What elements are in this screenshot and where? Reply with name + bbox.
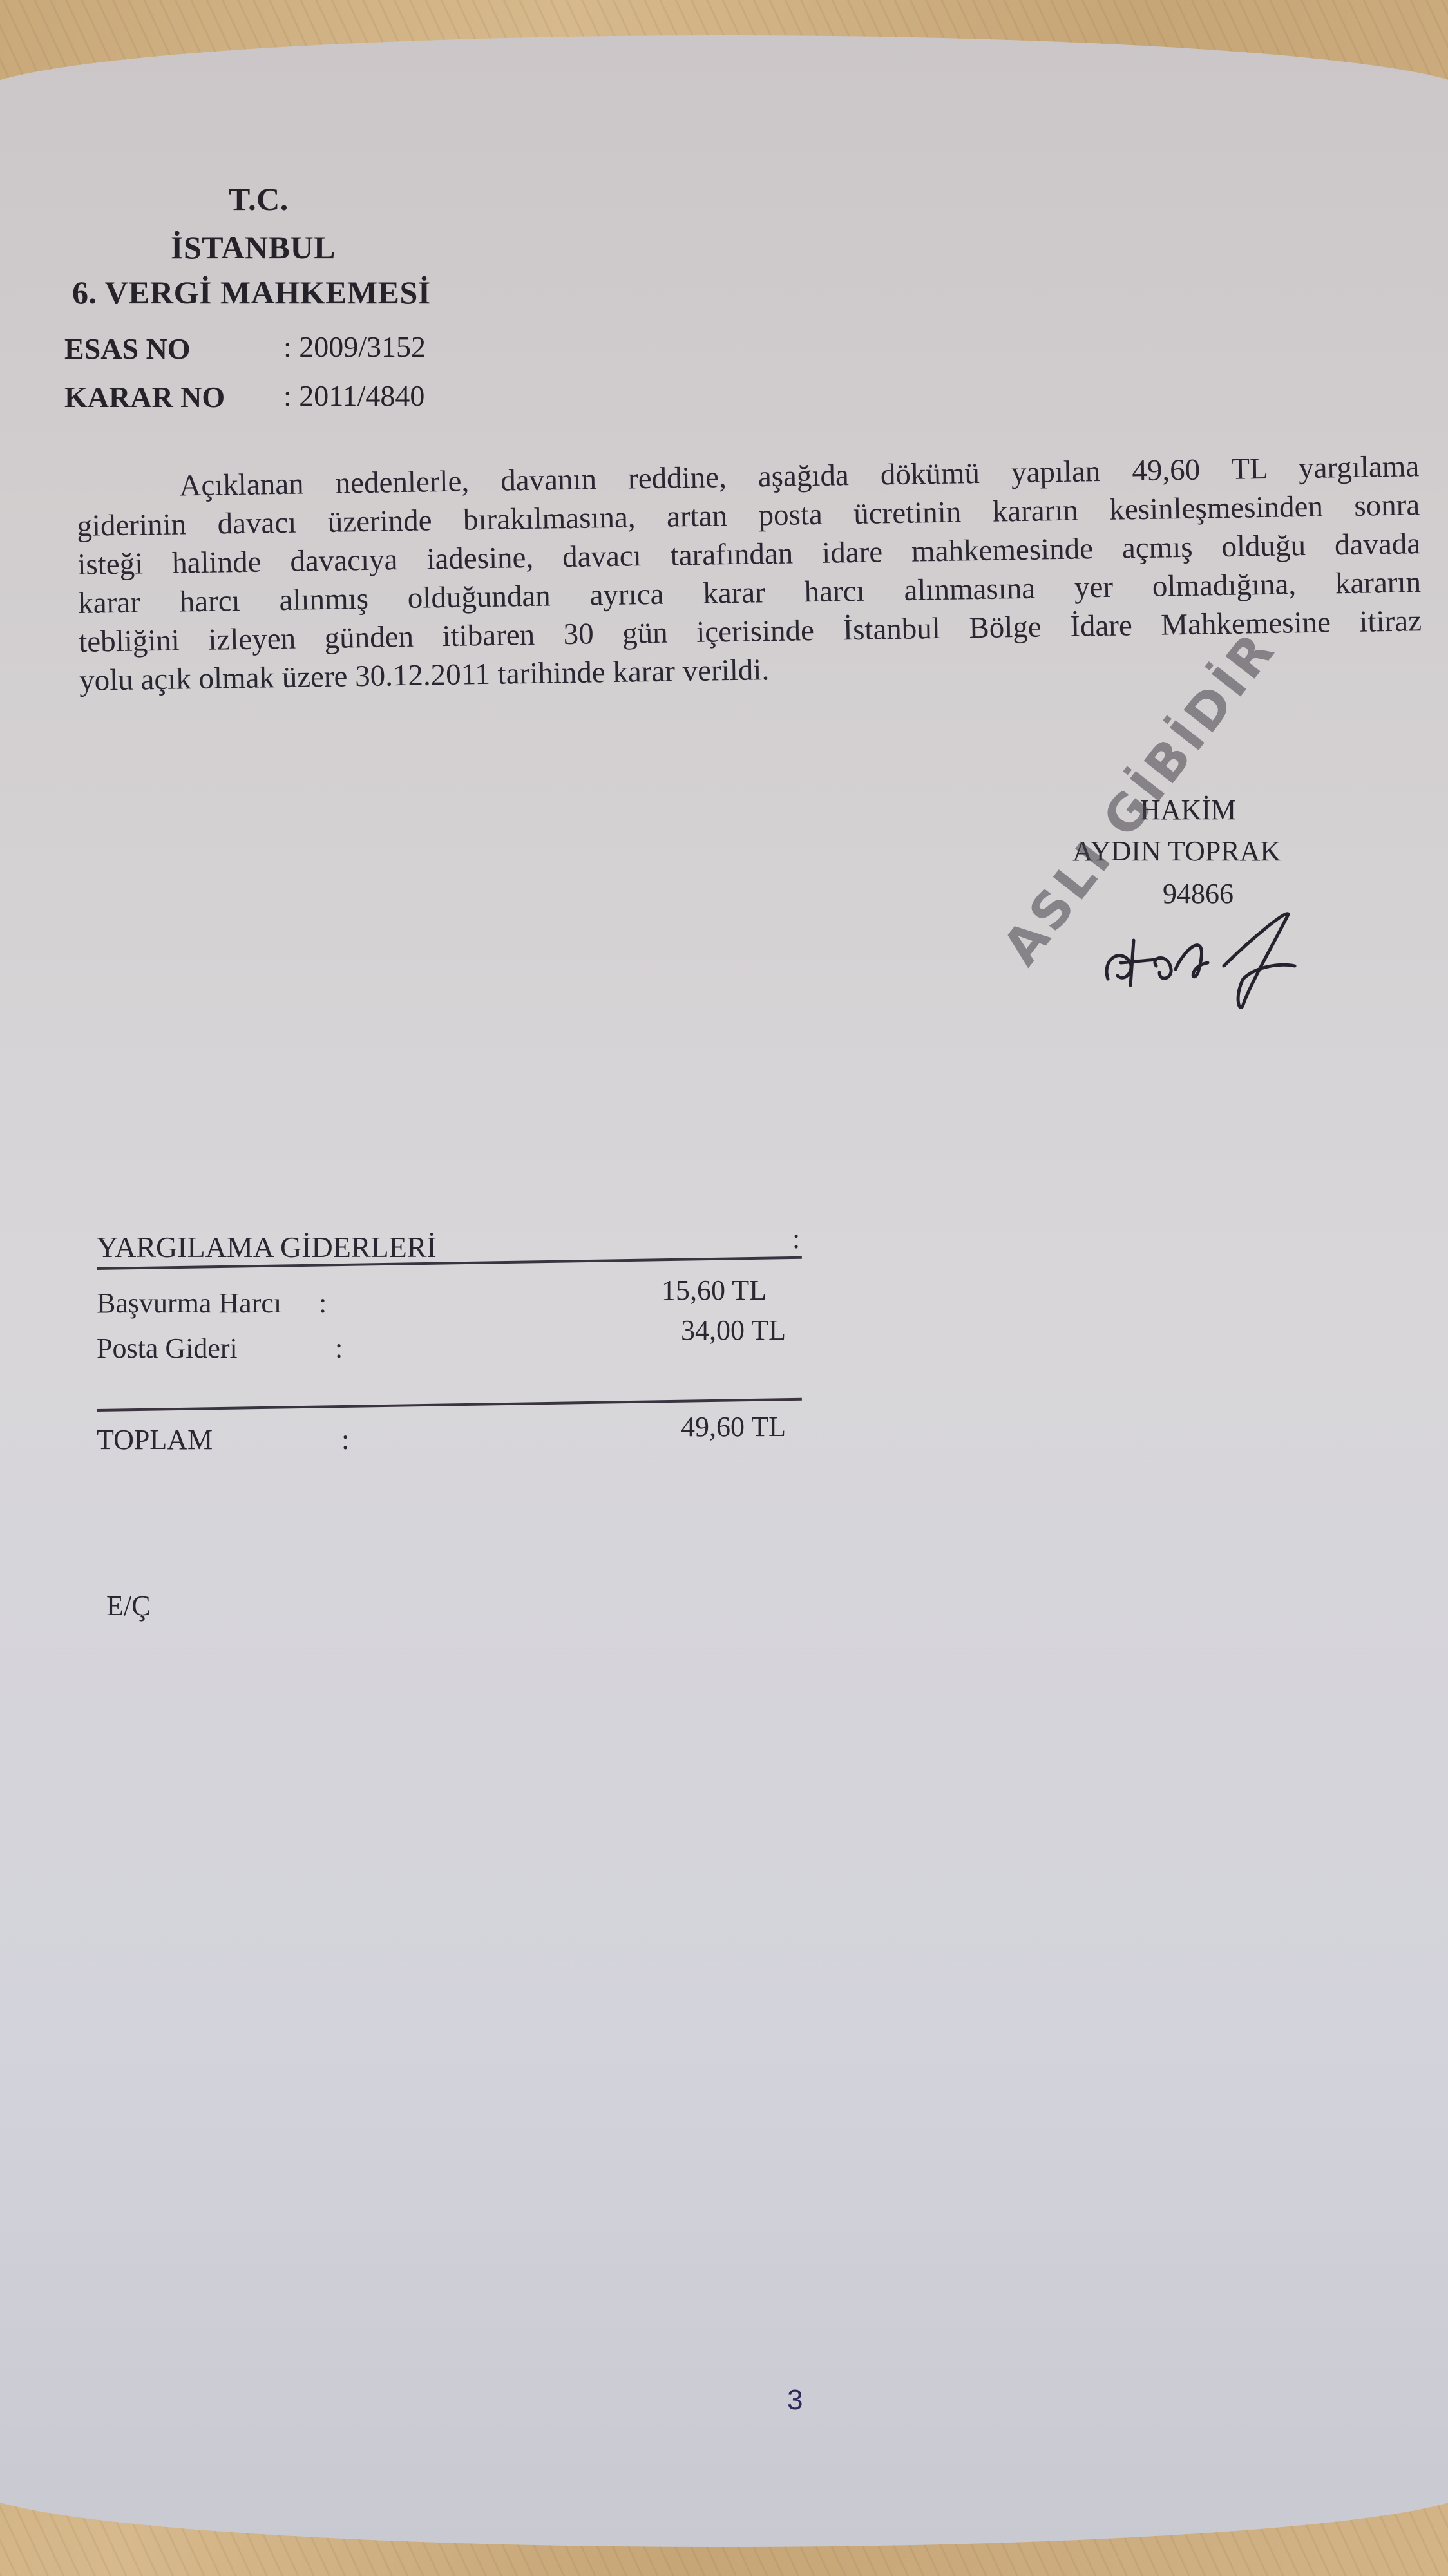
typist-initials: E/Ç bbox=[106, 1589, 150, 1622]
esas-no-value: : 2009/3152 bbox=[283, 330, 426, 364]
total-divider bbox=[97, 1398, 802, 1412]
total-colon: : bbox=[341, 1423, 349, 1456]
esas-no-label: ESAS NO bbox=[64, 332, 191, 366]
page-number: 3 bbox=[787, 2384, 803, 2416]
karar-no-label: KARAR NO bbox=[64, 380, 225, 414]
handwritten-signature-icon bbox=[1095, 902, 1314, 1011]
cost-amount: 34,00 TL bbox=[681, 1314, 786, 1347]
cost-amount: 15,60 TL bbox=[662, 1274, 767, 1307]
karar-no-value: : 2011/4840 bbox=[283, 379, 424, 413]
header-country: T.C. bbox=[229, 180, 289, 218]
costs-title-colon: : bbox=[792, 1222, 800, 1255]
cost-label: Başvurma Harcı bbox=[97, 1287, 281, 1320]
header-city: İSTANBUL bbox=[171, 229, 336, 266]
cost-colon: : bbox=[319, 1287, 327, 1320]
header-court-name: 6. VERGİ MAHKEMESİ bbox=[72, 274, 431, 311]
cost-label: Posta Gideri bbox=[97, 1332, 238, 1365]
page-content: T.C. İSTANBUL 6. VERGİ MAHKEMESİ ESAS NO… bbox=[0, 0, 1448, 2576]
cost-colon: : bbox=[335, 1332, 343, 1365]
total-amount: 49,60 TL bbox=[681, 1410, 786, 1443]
total-label: TOPLAM bbox=[97, 1423, 213, 1456]
costs-title: YARGILAMA GİDERLERİ bbox=[97, 1230, 437, 1264]
